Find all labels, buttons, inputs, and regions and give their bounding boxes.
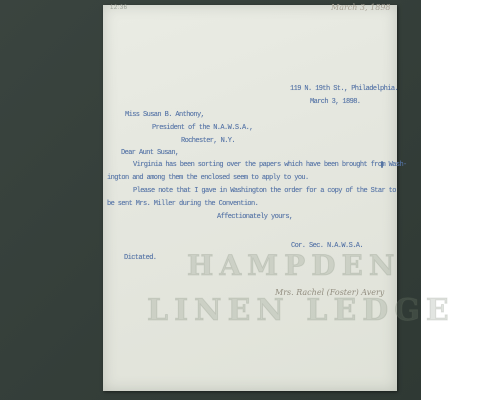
body-line-2: ington and among them the enclosed seem … xyxy=(107,174,309,182)
catalog-mark: 12:36 xyxy=(110,5,128,11)
body-line-4: be sent Mrs. Miller during the Conventio… xyxy=(107,200,258,208)
signature-title: Cor. Sec. N.A.W.S.A. xyxy=(291,242,363,250)
dictated-note: Dictated. xyxy=(124,254,156,262)
paper-watermark-line1: HAMPDEN xyxy=(187,249,400,282)
closing: Affectionately yours, xyxy=(217,213,293,221)
recipient-title: President of the N.A.W.S.A., xyxy=(152,124,253,132)
body-line-3: Please note that I gave in Washington th… xyxy=(133,187,396,195)
recipient-name: Miss Susan B. Anthony, xyxy=(125,111,204,119)
letter-photograph: 12:36 March 3, 1898 119 N. 19th St., Phi… xyxy=(0,0,421,400)
handwritten-date: March 3, 1898 xyxy=(331,3,391,12)
typed-date: March 3, 1898. xyxy=(310,98,360,106)
salutation: Dear Aunt Susan, xyxy=(121,149,179,157)
paper-watermark-line2: LINEN LEDGE xyxy=(147,293,455,328)
body-line-1: Virginia has been sorting over the paper… xyxy=(133,161,407,169)
sender-address: 119 N. 19th St., Philadelphia. xyxy=(290,85,398,93)
recipient-city: Rochester, N.Y. xyxy=(181,137,235,145)
pencil-attribution: Mrs. Rachel (Foster) Avery xyxy=(275,288,384,297)
letter-paper: 12:36 March 3, 1898 119 N. 19th St., Phi… xyxy=(103,5,397,391)
ink-blot xyxy=(381,161,383,168)
